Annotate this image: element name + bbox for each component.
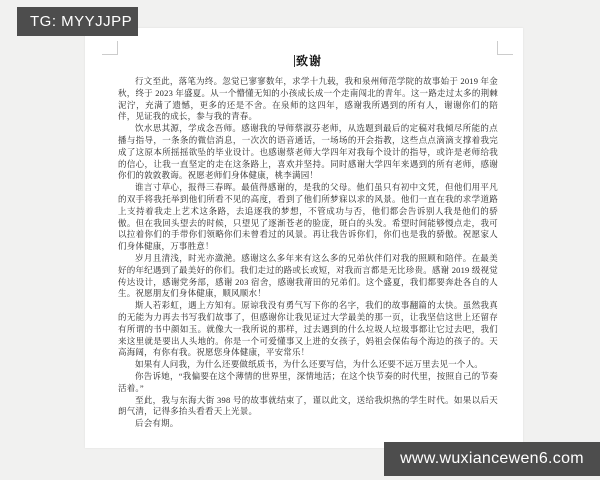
document-body[interactable]: 行文至此，落笔为终。忽觉已寥寥数年，求学十九载，我和泉州师范学院的故事始于 20… [118, 76, 498, 430]
paragraph[interactable]: 饮水思其源，学成念吾师。感谢我的导师蔡淑芬老师，从选题到最后的定稿对我倾尽所能的… [118, 123, 498, 182]
paragraph[interactable]: 谁言寸草心，报得三春晖。最值得感谢的，是我的父母。他们虽只有初中文凭，但他们用平… [118, 182, 498, 253]
margin-crop-mark-top-left [102, 41, 118, 55]
watermark-badge-bottom: www.wuxiancewen6.com [384, 442, 600, 476]
paragraph[interactable]: 至此，我与东海大街 398 号的故事就结束了，谨以此文，送给我炽热的学生时代。如… [118, 395, 498, 419]
margin-crop-mark-top-right [497, 41, 513, 55]
paragraph[interactable]: 行文至此，落笔为终。忽觉已寥寥数年，求学十九载，我和泉州师范学院的故事始于 20… [118, 76, 498, 123]
paragraph[interactable]: 斯人若彩虹，遇上方知有。原谅我没有勇气写下你的名字，我们的故事翻篇的太快。虽然我… [118, 300, 498, 359]
paragraph[interactable]: 你告诉她，“我偏要在这个薄情的世界里，深情地活；在这个快节奏的时代里，按照自己的… [118, 371, 498, 395]
paragraph[interactable]: 后会有期。 [118, 418, 498, 430]
paragraph[interactable]: 岁月且清浅，时光亦潋滟。感谢这么多年来有这么多的兄弟伙伴们对我的照顾和陪伴。在最… [118, 253, 498, 300]
document-page[interactable]: 致谢 行文至此，落笔为终。忽觉已寥寥数年，求学十九载，我和泉州师范学院的故事始于… [85, 28, 523, 448]
watermark-top-text: TG: MYYJJPP [30, 13, 132, 30]
watermark-badge-top: TG: MYYJJPP [17, 7, 138, 36]
document-title-text: 致谢 [296, 54, 322, 68]
text-cursor-caret [294, 55, 295, 67]
screenshot-canvas: 致谢 行文至此，落笔为终。忽觉已寥寥数年，求学十九载，我和泉州师范学院的故事始于… [0, 0, 600, 480]
document-title[interactable]: 致谢 [118, 52, 498, 69]
document-text-area[interactable]: 致谢 行文至此，落笔为终。忽觉已寥寥数年，求学十九载，我和泉州师范学院的故事始于… [118, 52, 498, 430]
watermark-bottom-text: www.wuxiancewen6.com [400, 450, 584, 468]
paragraph[interactable]: 如果有人问我，为什么还要做纸质书，为什么还要写信，为什么还要不远万里去见一个人。 [118, 359, 498, 371]
